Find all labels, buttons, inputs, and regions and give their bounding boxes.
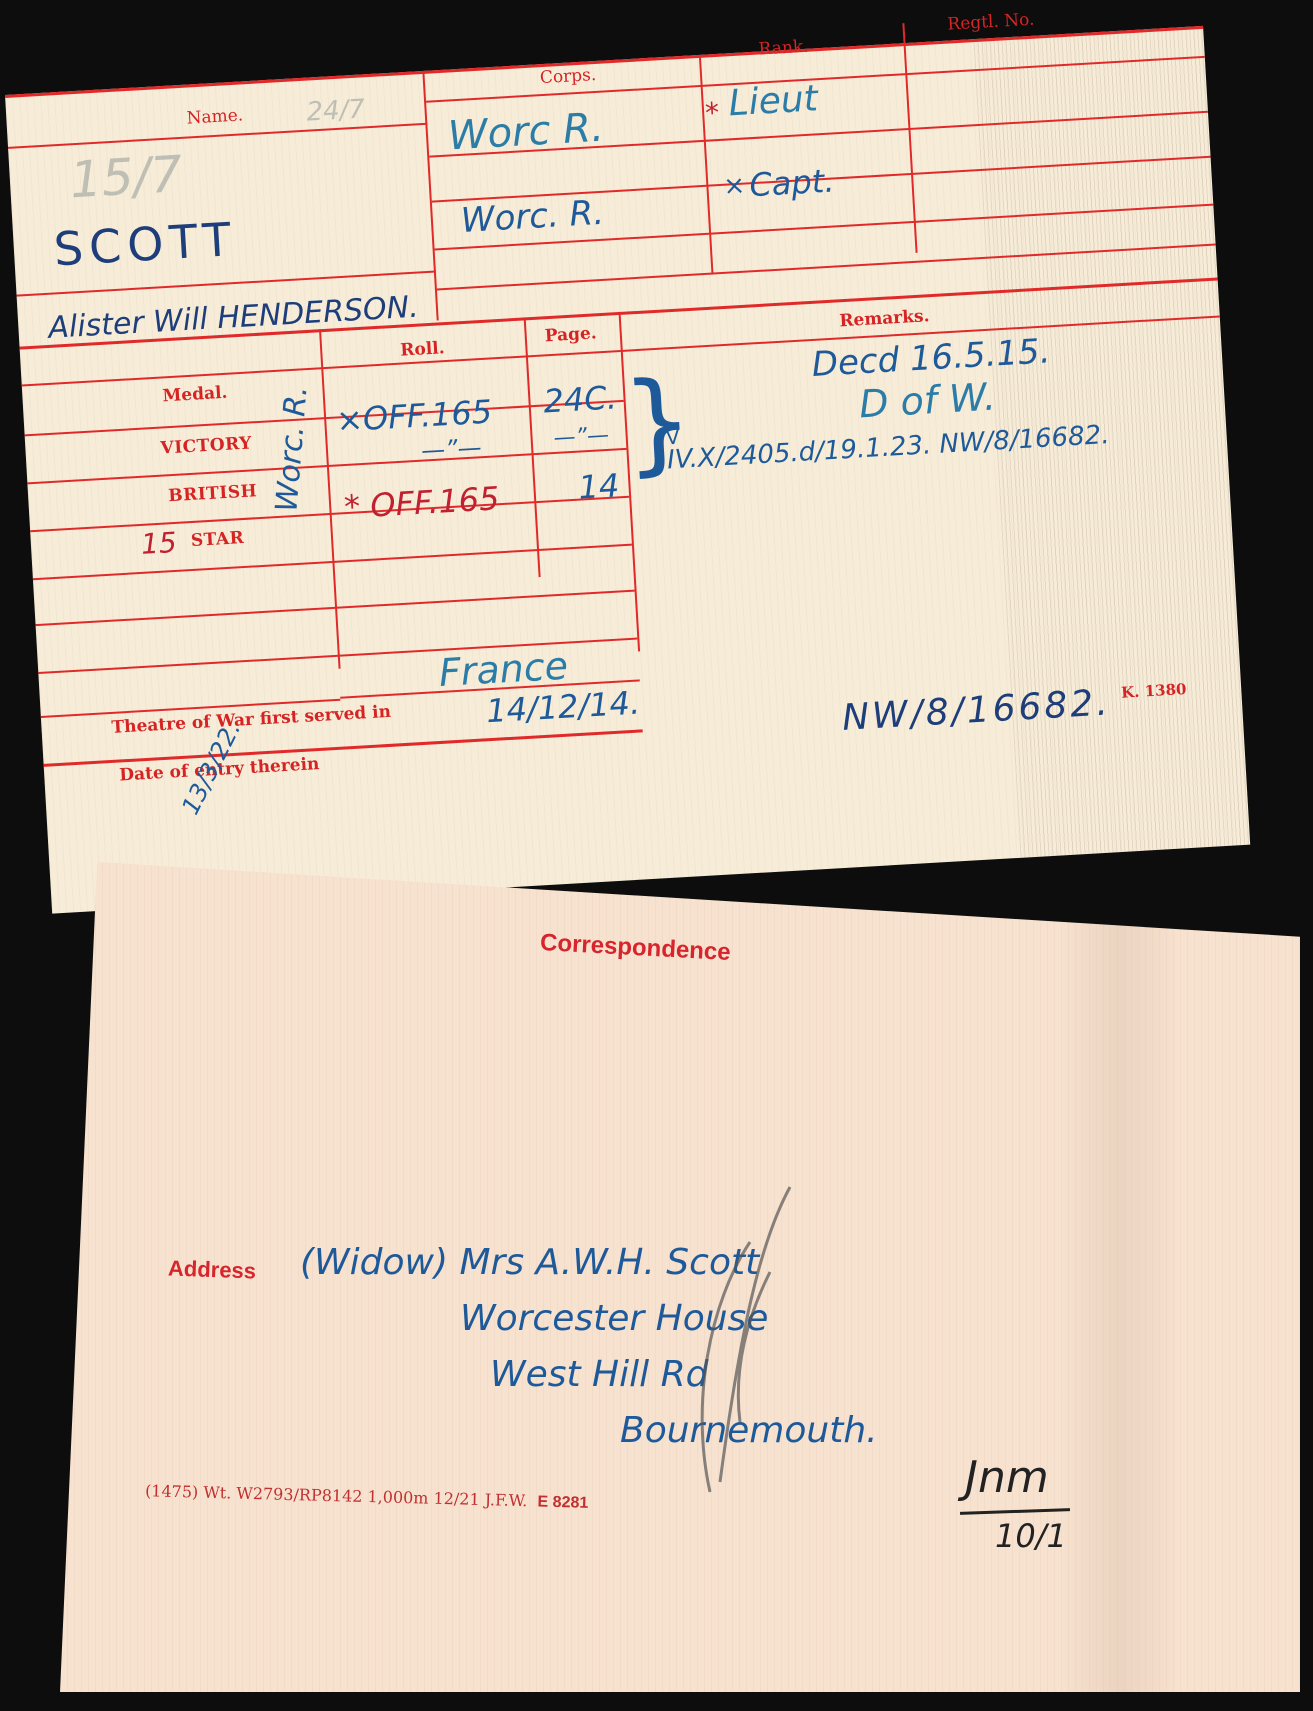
label-roll: Roll. [400,338,445,361]
remarks-line2: D of W. [858,375,997,427]
imprint-code: E 8281 [537,1493,588,1511]
star-prefix: 15 [140,526,177,561]
page-british: —”— [553,423,610,451]
rank-mark-2: × [723,171,746,202]
label-corps: Corps. [539,65,596,88]
imprint-line: (1475) Wt. W2793/RP8142 1,000m 12/21 J.F… [145,1481,589,1513]
label-name: Name. [186,105,244,128]
initials-date: 10/1 [995,1517,1067,1555]
pencil-mark: 15/7 [68,145,183,209]
roll-victory: ×OFF.165 [335,393,493,440]
page-star: 14 [577,466,620,506]
medal-index-card-back: Correspondence Address (Widow) Mrs A.W.H… [60,862,1300,1692]
surname: SCOTT [52,212,238,276]
corps-2: Worc. R. [460,193,605,241]
medal-index-card-front: Name. Corps. Rank. Regtl. No. Remarks. M… [5,26,1250,914]
label-page: Page. [544,323,597,346]
card-code: K. 1380 [1121,680,1187,702]
initials: Jnm [965,1452,1049,1503]
address-label: Address [168,1255,257,1284]
vline-corps-rank [699,55,714,275]
label-british: BRITISH [168,481,258,506]
roll-star: * OFF.165 [343,479,500,526]
initials-rule [960,1508,1070,1515]
label-regtl-no: Regtl. No. [947,10,1035,35]
scan-shade [1060,862,1180,1692]
label-remarks: Remarks. [839,306,930,331]
forenames: Alister Will HENDERSON. [47,290,419,346]
pencil-scrawl-icon [680,1182,800,1502]
label-theatre: Theatre of War first served in [111,702,391,738]
theatre-value: France [438,644,569,695]
rank-1: Lieut [728,78,819,124]
vline-rank-regtl [902,23,917,253]
label-victory: VICTORY [160,433,252,458]
rank-mark-1: * [704,96,720,130]
pencil-mark: 24/7 [306,94,366,127]
corps-1: Worc R. [447,105,605,160]
vline-medal-roll [319,329,341,669]
label-medal: Medal. [162,383,228,407]
roll-british: —”— [420,433,482,464]
vline-name-corps [422,71,438,321]
address-line-3: West Hill Rd [490,1354,708,1395]
label-rank: Rank. [758,37,809,60]
rank-2: Capt. [748,161,835,204]
page-victory: 24C. [542,378,617,420]
correspondence-title: Correspondence [539,929,731,967]
label-star: STAR [190,528,244,551]
date-entry-value: 14/12/14. [485,683,641,730]
medal-corps-note: Worc. R. [269,385,314,514]
